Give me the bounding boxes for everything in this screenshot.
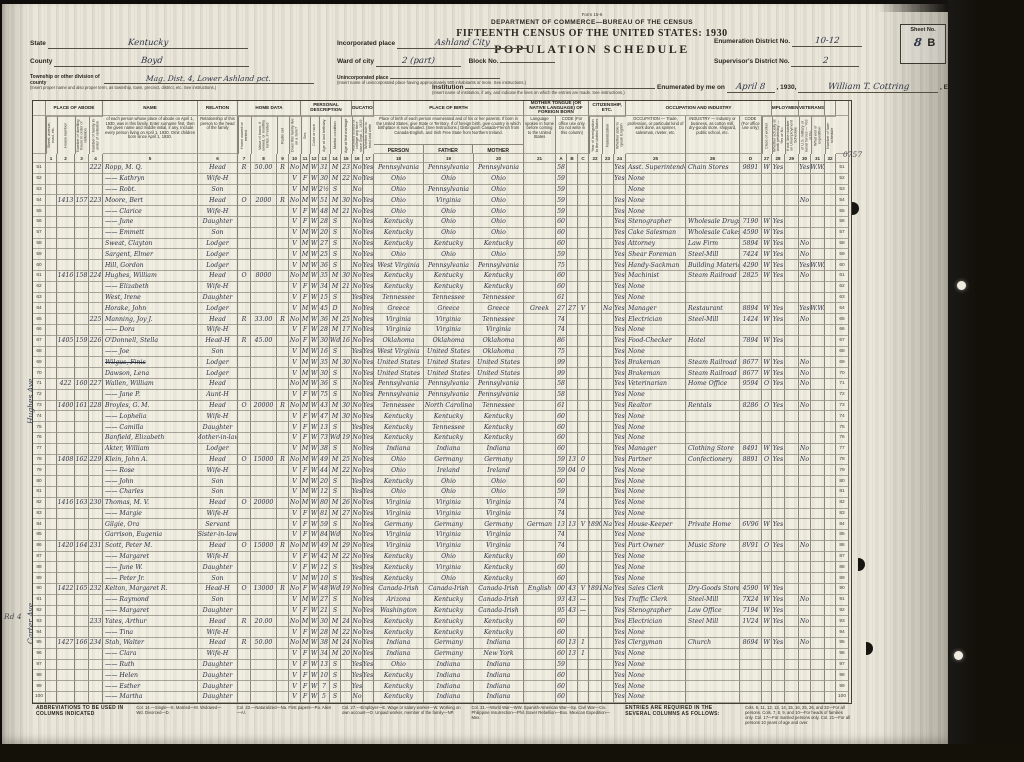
cell-sch: Yes (352, 347, 363, 358)
cell-eline (785, 433, 799, 444)
cell-bp: Kentucky (374, 681, 424, 692)
cell-wrk (772, 433, 785, 444)
cell-eline (785, 498, 799, 509)
cell-bm: Pennsylvania (474, 390, 524, 401)
cell-own (238, 692, 251, 703)
cell-rad: R (277, 541, 289, 552)
cell-color: W (310, 347, 319, 358)
cell-rad (277, 357, 289, 368)
cell-ind: Chain Stores (686, 163, 740, 174)
cell-war (811, 465, 825, 476)
incorporated-field: Incorporated place Ashland City (337, 38, 527, 49)
cell-fam (89, 325, 103, 336)
cell-cc (578, 541, 589, 552)
cell-eng: Yes (614, 616, 626, 627)
cell-eline (785, 595, 799, 606)
column-label: Number of family in order of visitation (89, 116, 103, 154)
column-label: Class of worker (762, 116, 772, 154)
line-number-right: 100 (836, 692, 849, 703)
cell-cc (578, 401, 589, 412)
table-row: 97—— RuthDaughterVFW13SYesYesOhioIndiana… (33, 660, 851, 671)
cell-vet (799, 562, 811, 573)
line-number-left: 87 (33, 552, 46, 563)
cell-val (251, 357, 277, 368)
cell-war (811, 282, 825, 293)
cell-tongue (524, 185, 556, 196)
column-label: Value of home, if owned, or monthly rent… (251, 116, 277, 154)
cell-bf: Kentucky (424, 606, 474, 617)
cell-house (57, 433, 75, 444)
table-row: 99—— EstherDaughterVFW7SYesKentuckyIndia… (33, 681, 851, 692)
cell-bm: Kentucky (474, 271, 524, 282)
cell-bf: Indiana (424, 692, 474, 703)
cell-val (251, 476, 277, 487)
cell-fs (825, 670, 836, 681)
cell-eline (785, 357, 799, 368)
cell-age: 20 (319, 228, 330, 239)
cell-eline (785, 444, 799, 455)
cell-color: W (310, 390, 319, 401)
cell-rad (277, 228, 289, 239)
cell-name: —— Lophelia (103, 411, 198, 422)
cell-eline (785, 541, 799, 552)
cell-name: Horake, John (103, 303, 198, 314)
cell-cls: W (762, 368, 772, 379)
cell-age: 28 (319, 627, 330, 638)
cell-bf: United States (424, 347, 474, 358)
cell-bm: Indiana (474, 670, 524, 681)
cell-cc (578, 271, 589, 282)
cell-vet (799, 530, 811, 541)
line-number-right: 70 (836, 368, 849, 379)
cell-eng: Yes (614, 390, 626, 401)
cell-wrk (772, 390, 785, 401)
cell-eng: Yes (614, 530, 626, 541)
cell-name: —— Jane P. (103, 390, 198, 401)
cell-name: Yates, Arthur (103, 616, 198, 627)
cell-fam (89, 444, 103, 455)
corner-cell (33, 116, 46, 154)
cell-rel: Head (198, 498, 238, 509)
cell-val (251, 649, 277, 660)
cell-age: 13 (319, 422, 330, 433)
cell-occ: None (626, 465, 686, 476)
cell-afm (341, 670, 352, 681)
cell-vet: Yes (799, 303, 811, 314)
cell-imm (589, 411, 602, 422)
cell-color: W (310, 368, 319, 379)
cell-name: —— Peter Jr. (103, 573, 198, 584)
cell-rad (277, 660, 289, 671)
state-field: State Kentucky (30, 38, 248, 49)
cell-bf: Kentucky (424, 595, 474, 606)
cell-ocode: 6V96 (740, 519, 762, 530)
cell-cb: 43 (567, 584, 578, 595)
cell-house (57, 422, 75, 433)
incorporated-value: Ashland City (431, 38, 493, 48)
line-number-right: 92 (836, 606, 849, 617)
cell-sch: No (352, 217, 363, 228)
cell-cc (578, 498, 589, 509)
line-number-right: 63 (836, 293, 849, 304)
cell-bp: Kentucky (374, 228, 424, 239)
masthead: Form 15-6 DEPARTMENT OF COMMERCE—BUREAU … (372, 12, 812, 57)
cell-cc (578, 217, 589, 228)
cell-bf: Germany (424, 649, 474, 660)
cell-ocode (740, 627, 762, 638)
cell-fam (89, 185, 103, 196)
cell-bf: Indiana (424, 444, 474, 455)
cell-val: 50.00 (251, 638, 277, 649)
cell-occ: None (626, 498, 686, 509)
cell-fam (89, 649, 103, 660)
cell-sex: F (301, 390, 310, 401)
cell-nat: Na (602, 519, 614, 530)
cell-mar: S (330, 249, 341, 260)
cell-sex: F (301, 530, 310, 541)
cell-house (57, 206, 75, 217)
cell-fs (825, 487, 836, 498)
column-label: If not, line number on Unemployment Sche… (785, 116, 799, 154)
cell-val (251, 249, 277, 260)
cell-sex: M (301, 314, 310, 325)
column-number: 8 (251, 154, 277, 163)
cell-eline (785, 627, 799, 638)
cell-ind (686, 692, 740, 703)
cell-occ: Electrician (626, 314, 686, 325)
cell-nat (602, 541, 614, 552)
line-number-left: 55 (33, 206, 46, 217)
cell-war (811, 368, 825, 379)
census-scan-page: Form 15-6 DEPARTMENT OF COMMERCE—BUREAU … (0, 0, 1024, 762)
cell-sch: No (352, 282, 363, 293)
table-row: 65225Manning, Joy J.HeadR33.00RNoMW36M25… (33, 314, 851, 325)
cell-age: 45 (319, 303, 330, 314)
cell-sex: F (301, 433, 310, 444)
cell-fam: 223 (89, 195, 103, 206)
cell-farm: V (289, 239, 301, 250)
state-value: Kentucky (124, 38, 171, 48)
cell-val (251, 562, 277, 573)
cell-farm: V (289, 552, 301, 563)
cell-name: Garrison, Eugenia (103, 530, 198, 541)
cell-read: Yes (363, 401, 374, 412)
cell-vet (799, 681, 811, 692)
cell-dwell: 166 (75, 638, 89, 649)
cell-name: —— Tina (103, 627, 198, 638)
abbrev-marital: Col. 14.—Single—S. Married—M. Widowed—Wd… (136, 705, 228, 715)
cell-afm (341, 606, 352, 617)
abbrev-title: ABBREVIATIONS TO BE USED IN COLUMNS INDI… (36, 705, 128, 717)
cell-eline (785, 282, 799, 293)
cell-bp: Kentucky (374, 217, 424, 228)
cell-sch: No (352, 390, 363, 401)
cell-sex: F (301, 649, 310, 660)
cell-house (57, 260, 75, 271)
cell-rel: Lodger (198, 239, 238, 250)
cell-ca: 60 (556, 627, 567, 638)
cell-bp: Indiana (374, 638, 424, 649)
cell-cb (567, 681, 578, 692)
cell-vet (799, 185, 811, 196)
cell-nat (602, 433, 614, 444)
cell-color: W (310, 606, 319, 617)
cell-wrk (772, 670, 785, 681)
line-number-left: 69 (33, 357, 46, 368)
column-number: 9 (277, 154, 289, 163)
cell-cls (762, 174, 772, 185)
supervisors-district-field: Supervisor's District No. 2 (714, 56, 859, 67)
cell-occ: None (626, 422, 686, 433)
cell-house (57, 303, 75, 314)
cell-eline (785, 422, 799, 433)
cell-fam (89, 249, 103, 260)
cell-house (57, 692, 75, 703)
cell-rel: Daughter (198, 562, 238, 573)
birthplace-subhead: MOTHER (473, 145, 523, 154)
cell-fam (89, 573, 103, 584)
cell-bf: Kentucky (424, 627, 474, 638)
table-row: 96—— ClaraWife-HVFW34M20NoYesIndianaGerm… (33, 649, 851, 660)
cell-own (238, 249, 251, 260)
cell-read: Yes (363, 325, 374, 336)
cell-age: 35 (319, 357, 330, 368)
cell-bf: Ohio (424, 174, 474, 185)
cell-name: —— June W. (103, 562, 198, 573)
cell-rel: Daughter (198, 692, 238, 703)
line-number-right: 94 (836, 627, 849, 638)
cell-afm: 25 (341, 455, 352, 466)
cell-eng: Yes (614, 401, 626, 412)
table-row: 87—— MargaretWife-HVFW42M22NoYesKentucky… (33, 552, 851, 563)
cell-cb (567, 174, 578, 185)
cell-afm: 20 (341, 649, 352, 660)
cell-cls: W (762, 249, 772, 260)
column-label: Naturalization (602, 116, 614, 154)
cell-own: R (238, 336, 251, 347)
cell-color: W (310, 282, 319, 293)
cell-ocode: 7X24 (740, 595, 762, 606)
cell-cls (762, 573, 772, 584)
cell-ind: Steam Railroad (686, 271, 740, 282)
cell-occ: Handy-Sackman (626, 260, 686, 271)
cell-ocode (740, 530, 762, 541)
cell-cc (578, 195, 589, 206)
binder-hole-icon (954, 651, 963, 660)
street-cell (46, 217, 57, 228)
cell-cb: 13 (567, 455, 578, 466)
cell-bf: Kentucky (424, 271, 474, 282)
cell-mar: S (330, 217, 341, 228)
cell-vet: No (799, 455, 811, 466)
cell-dwell (75, 357, 89, 368)
cell-vet (799, 217, 811, 228)
cell-vet (799, 660, 811, 671)
cell-war (811, 390, 825, 401)
cell-ocode (740, 562, 762, 573)
cell-rel: Wife-H (198, 411, 238, 422)
cell-bf: Pennsylvania (424, 163, 474, 174)
cell-read: Yes (363, 379, 374, 390)
cell-tongue (524, 638, 556, 649)
cell-cls (762, 433, 772, 444)
cell-rel: Lodger (198, 260, 238, 271)
cell-color: W (310, 293, 319, 304)
column-group: VETERANS (799, 101, 825, 116)
cell-war (811, 498, 825, 509)
cell-ocode (740, 195, 762, 206)
cell-imm (589, 616, 602, 627)
sheet-value: 8 B (901, 36, 945, 49)
cell-rad: R (277, 401, 289, 412)
cell-cc (578, 616, 589, 627)
cell-war: W.W. (811, 260, 825, 271)
column-number: 30 (799, 154, 811, 163)
cell-color: W (310, 670, 319, 681)
cell-house (57, 239, 75, 250)
cell-farm: V (289, 357, 301, 368)
cell-cb (567, 325, 578, 336)
table-row: 901422165232Kelton, Margaret R.Head-HO13… (33, 584, 851, 595)
cell-sch: No (352, 595, 363, 606)
cell-eng: Yes (614, 573, 626, 584)
cell-bp: Kentucky (374, 627, 424, 638)
cell-wrk (772, 681, 785, 692)
cell-eline (785, 670, 799, 681)
cell-vet (799, 411, 811, 422)
cell-fam: 233 (89, 616, 103, 627)
cell-afm: 22 (341, 552, 352, 563)
cell-imm (589, 249, 602, 260)
cell-imm (589, 282, 602, 293)
cell-eng: Yes (614, 692, 626, 703)
cell-vet: No (799, 595, 811, 606)
cell-sch: Yes (352, 573, 363, 584)
line-number-right: 86 (836, 541, 849, 552)
cell-war (811, 552, 825, 563)
cell-cls: W (762, 217, 772, 228)
cell-eline (785, 185, 799, 196)
cell-wrk: Yes (772, 271, 785, 282)
cell-war (811, 379, 825, 390)
cell-eng: Yes (614, 638, 626, 649)
cell-eng: Yes (614, 239, 626, 250)
cell-ocode: 4290 (740, 260, 762, 271)
cell-fs (825, 195, 836, 206)
cell-afm: 24 (341, 616, 352, 627)
cell-mar: Wd (330, 530, 341, 541)
cell-ocode: 4590 (740, 584, 762, 595)
cell-house: 1400 (57, 401, 75, 412)
cell-val (251, 303, 277, 314)
cell-read: Yes (363, 206, 374, 217)
cell-occ: Sales Clerk (626, 584, 686, 595)
column-label: Age at last birthday (319, 116, 330, 154)
cell-afm (341, 379, 352, 390)
cell-tongue: German (524, 519, 556, 530)
cell-bp: Ohio (374, 185, 424, 196)
cell-cc (578, 185, 589, 196)
cell-mar: M (330, 206, 341, 217)
line-number-left: 89 (33, 573, 46, 584)
cell-ind: Private Home (686, 519, 740, 530)
cell-war (811, 573, 825, 584)
cell-bp: Ohio (374, 455, 424, 466)
cell-ind (686, 498, 740, 509)
cell-house (57, 552, 75, 563)
cell-farm: No (289, 379, 301, 390)
cell-cc (578, 336, 589, 347)
cell-val (251, 228, 277, 239)
sheet-letter: B (927, 37, 935, 49)
cell-rel: Son (198, 347, 238, 358)
line-number-right: 71 (836, 379, 849, 390)
cell-fam (89, 368, 103, 379)
cell-eline (785, 465, 799, 476)
birthplace-subheads: PERSONFATHERMOTHER (374, 144, 523, 154)
cell-dwell (75, 487, 89, 498)
block-label: Block No. (469, 58, 499, 65)
cell-val: 50.00 (251, 163, 277, 174)
cell-eng: Yes (614, 206, 626, 217)
cell-tongue (524, 606, 556, 617)
cell-mar: Wd (330, 336, 341, 347)
cell-sex: F (301, 519, 310, 530)
table-row: 52—— KathrynWife-HVFW30M22NoYesOhioOhioO… (33, 174, 851, 185)
cell-rel: Daughter (198, 681, 238, 692)
cell-bm: Kentucky (474, 411, 524, 422)
cell-war (811, 249, 825, 260)
cell-ind: Rentals (686, 401, 740, 412)
cell-sex: M (301, 347, 310, 358)
cell-eline (785, 584, 799, 595)
cell-house (57, 595, 75, 606)
birthplace-subhead: FATHER (424, 145, 474, 154)
cell-color: W (310, 692, 319, 703)
cell-wrk: Yes (772, 584, 785, 595)
cell-eline (785, 390, 799, 401)
cell-age: 48 (319, 584, 330, 595)
cell-ca: 58 (556, 163, 567, 174)
cell-tongue (524, 228, 556, 239)
cell-mar: M (330, 627, 341, 638)
cell-sex: M (301, 239, 310, 250)
street-name-lower: Carter Ave. (26, 601, 35, 644)
cell-val (251, 368, 277, 379)
street-cell (46, 271, 57, 282)
cell-nat (602, 228, 614, 239)
table-row: 60Hill, GordonLodgerVMW36SNoYesWest Virg… (33, 260, 851, 271)
cell-bm: Kentucky (474, 433, 524, 444)
table-row: 94—— TinaWife-HVFW28M22NoYesKentuckyKent… (33, 627, 851, 638)
cell-fs (825, 692, 836, 703)
cell-read: Yes (363, 670, 374, 681)
cell-vet: No (799, 368, 811, 379)
cell-fs (825, 530, 836, 541)
cell-mar: D (330, 303, 341, 314)
cell-farm: V (289, 519, 301, 530)
cell-afm: 30 (341, 357, 352, 368)
street-cell (46, 562, 57, 573)
cell-cls: W (762, 584, 772, 595)
cell-tongue (524, 627, 556, 638)
cell-cb: 13 (567, 638, 578, 649)
cell-ca: 27 (556, 303, 567, 314)
cell-fam (89, 627, 103, 638)
street-cell (46, 174, 57, 185)
cell-tongue (524, 401, 556, 412)
column-number: 24 (614, 154, 626, 163)
